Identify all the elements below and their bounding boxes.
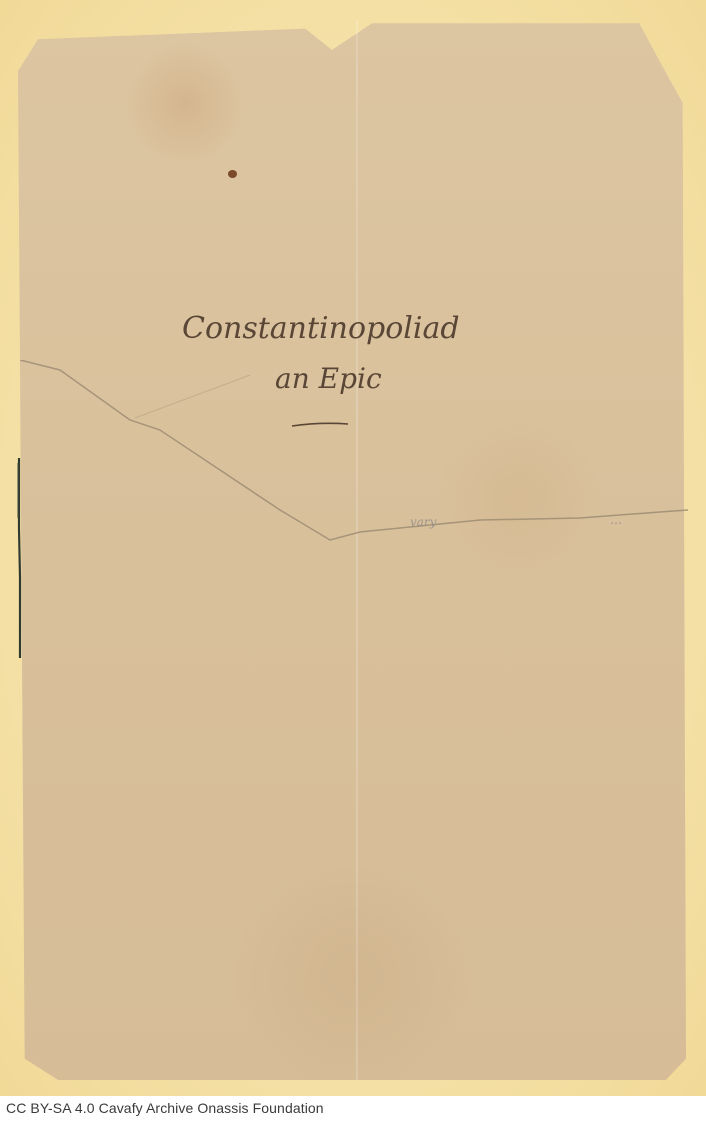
ink-stain	[228, 170, 237, 178]
binding-thread	[16, 458, 23, 658]
title-line-2: an Epic	[275, 362, 382, 395]
svg-text:…: …	[610, 513, 622, 527]
license-caption: CC BY-SA 4.0 Cavafy Archive Onassis Foun…	[6, 1100, 324, 1116]
svg-text:vary: vary	[410, 515, 437, 529]
handwritten-title: Constantinopoliad an Epic	[180, 298, 510, 438]
underline-stroke	[292, 423, 348, 426]
title-line-1: Constantinopoliad	[182, 311, 460, 346]
scan-area: vary … Constantinopoliad an Epic	[0, 0, 706, 1096]
